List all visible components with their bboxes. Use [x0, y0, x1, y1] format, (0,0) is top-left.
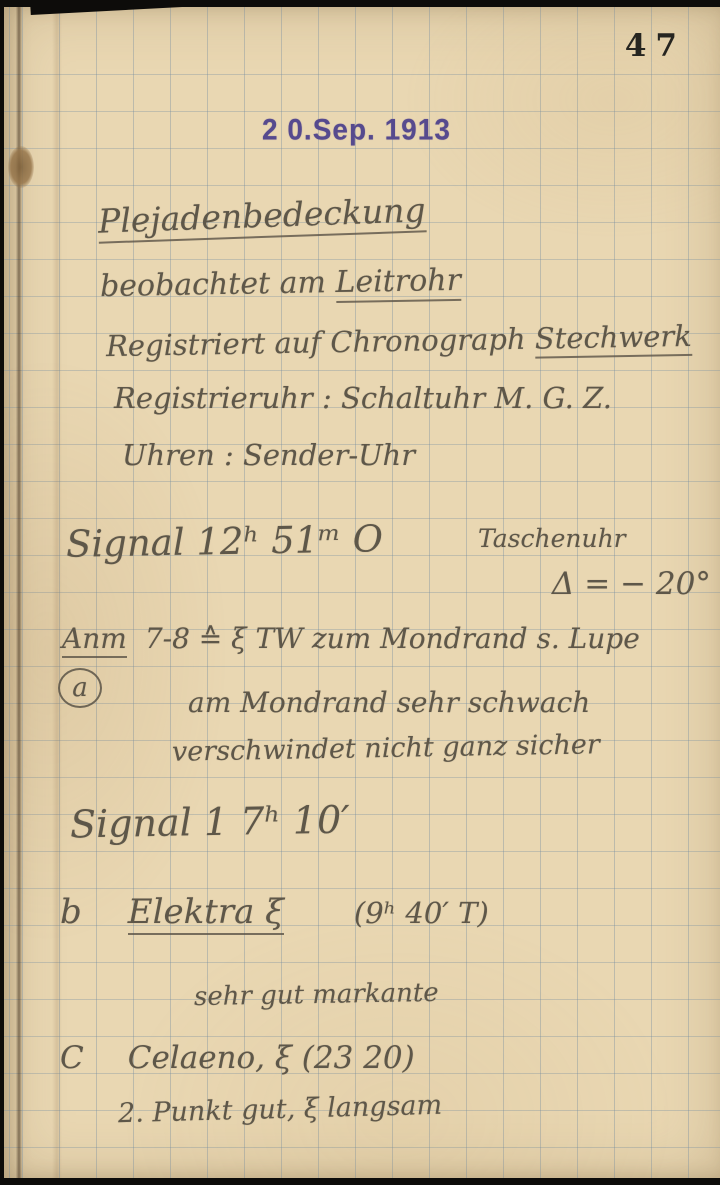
- observed-underlined: Leitrohr: [335, 263, 461, 303]
- date-stamp: 2 0.Sep. 1913: [262, 113, 451, 147]
- hw-line-registrieruhr: Registrieruhr : Schaltuhr M. G. Z.: [114, 381, 612, 415]
- fold-shadow: [52, 0, 62, 1185]
- scanned-notebook-page: 47 2 0.Sep. 1913 Plejadenbedeckung beoba…: [0, 0, 720, 1185]
- hw-taschenuhr: Taschenuhr: [478, 524, 626, 553]
- observed-text: beobachtet am: [100, 265, 336, 304]
- hw-line-signal-2: Signal 1 7ʰ 10′: [70, 798, 351, 847]
- hw-line-observed: beobachtet am Leitrohr: [100, 263, 461, 304]
- hw-marker-a: a: [58, 668, 102, 708]
- note-text: 7-8 ≙ ξ TW zum Mondrand s. Lupe: [145, 622, 640, 655]
- hw-line-star-c: CCelaeno, ξ (23 20): [60, 1040, 415, 1076]
- star-c-name: Celaeno, ξ (23 20): [128, 1040, 415, 1076]
- hw-note-b: sehr gut markante: [194, 978, 439, 1012]
- star-b-time: (9ʰ 40′ T): [354, 896, 489, 930]
- hw-note-a-line1: am Mondrand sehr schwach: [188, 686, 590, 719]
- scan-edge-left: [0, 0, 4, 1185]
- circled-a-marker: a: [58, 668, 102, 708]
- marker-b: b: [60, 892, 82, 932]
- ink-stain: [8, 146, 34, 188]
- hw-line-star-b: bElektra ξ(9ʰ 40′ T): [60, 892, 489, 932]
- hw-line-uhren: Uhren : Sender-Uhr: [122, 438, 415, 472]
- marker-c: C: [60, 1040, 84, 1076]
- scan-edge-bottom: [0, 1178, 720, 1185]
- star-b-name-underlined: Elektra ξ: [128, 892, 284, 935]
- page-number: 47: [625, 28, 686, 64]
- hw-line-note: Anm7-8 ≙ ξ TW zum Mondrand s. Lupe: [62, 622, 640, 655]
- registered-underlined: Stechwerk: [535, 319, 693, 359]
- hw-clock-correction: Δ = − 20°: [552, 566, 711, 602]
- note-label-underlined: Anm: [62, 622, 127, 658]
- hw-line-signal-1: Signal 12ʰ 51ᵐ O: [66, 517, 384, 566]
